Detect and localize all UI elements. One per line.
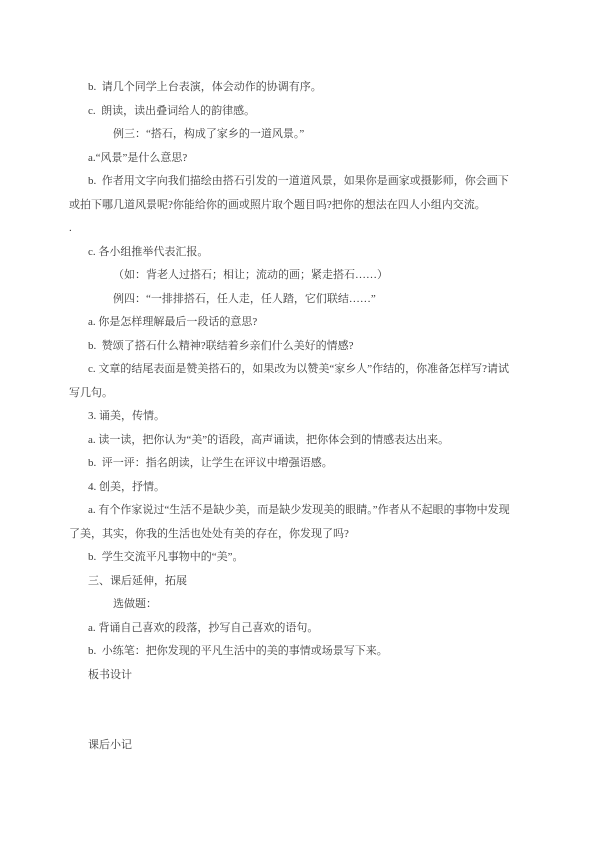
example-3-line: 例三：“搭石，构成了家乡的一道风景。” <box>69 123 512 147</box>
example-4-line: 例四：“一排排搭石，任人走，任人踏，它们联结……” <box>69 288 512 312</box>
optional-task-label: 选做题： <box>69 593 512 617</box>
after-class-note-label: 课后小记 <box>69 734 512 758</box>
board-design-label: 板书设计 <box>69 664 512 688</box>
item-a-last-paragraph: a. 你是怎样理解最后一段话的意思? <box>69 311 512 335</box>
item-c-read-aloud: c. 朗读，读出叠词给人的韵律感。 <box>69 100 512 124</box>
example-note: （如：背老人过搭石；相让；流动的画；紧走搭石……） <box>69 264 512 288</box>
item-b-writing-practice: b. 小练笔：把你发现的平凡生活中的美的事情或场景写下来。 <box>69 640 512 664</box>
step-3-recite-beauty: 3. 诵美，传情。 <box>69 405 512 429</box>
item-c-ending-rewrite: c. 文章的结尾表面是赞美搭石的，如果改为以赞美“家乡人”作结的，你准备怎样写?… <box>69 358 512 405</box>
item-a-recite-copy: a. 背诵自己喜欢的段落，抄写自己喜欢的语句。 <box>69 617 512 641</box>
item-b-evaluate-reading: b. 评一评：指名朗读，让学生在评议中增强语感。 <box>69 452 512 476</box>
document-body: b. 请几个同学上台表演，体会动作的协调有序。 c. 朗读，读出叠词给人的韵律感… <box>69 76 512 758</box>
item-a-read-express: a. 读一读，把你认为“美”的语段，高声诵读，把你体会到的情感表达出来。 <box>69 429 512 453</box>
item-b-perform: b. 请几个同学上台表演，体会动作的协调有序。 <box>69 76 512 100</box>
item-b-spirit-question: b. 赞颂了搭石什么精神?联结着乡亲们什么美好的情感? <box>69 335 512 359</box>
document-page: b. 请几个同学上台表演，体会动作的协调有序。 c. 朗读，读出叠词给人的韵律感… <box>0 0 595 842</box>
item-b-author-scenery: b. 作者用文字向我们描绘由搭石引发的一道道风景，如果你是画家或摄影师，你会画下… <box>69 170 512 241</box>
step-4-create-beauty: 4. 创美，抒情。 <box>69 476 512 500</box>
item-b-share-beauty: b. 学生交流平凡事物中的“美”。 <box>69 546 512 570</box>
item-c-group-report: c. 各小组推举代表汇报。 <box>69 241 512 265</box>
section-3-heading: 三、课后延伸，拓展 <box>69 570 512 594</box>
item-a-fengjing-meaning: a.“风景”是什么意思? <box>69 147 512 171</box>
item-a-writer-quote: a. 有个作家说过“生活不是缺少美，而是缺少发现美的眼睛。”作者从不起眼的事物中… <box>69 499 512 546</box>
